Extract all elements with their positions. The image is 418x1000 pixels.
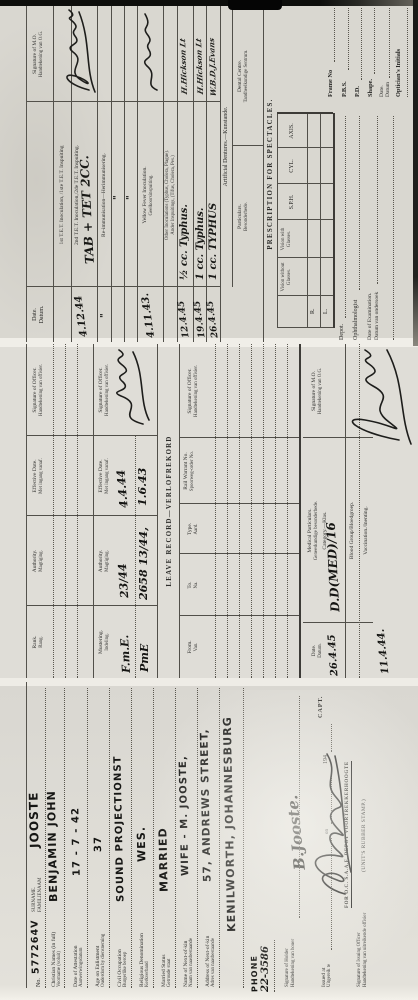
leave-record-heading: LEAVE RECORD—VERLOFREKORD: [166, 344, 174, 678]
field-value: 57, ANDREWS STREET,: [199, 728, 214, 882]
rule: [377, 116, 378, 284]
shape-label: Shape.: [367, 79, 375, 97]
typhus-date: 12.4.45: [177, 300, 192, 339]
exam-label-af: Datum van ondersoek: [374, 292, 381, 340]
rule: [137, 6, 138, 342]
field-label-af: Burgerlike beroep: [123, 952, 129, 987]
yellow-fever-label: Yellow Fever Inoculation.Geelkoorsinspui…: [142, 104, 154, 286]
spec-row-left: L.: [323, 309, 330, 314]
leave-col-rail-warrant: Rail Warrant No.Spoorweg-order No.: [183, 438, 195, 504]
rule: [53, 344, 54, 678]
leave-col-type: Type.Aard.: [187, 504, 199, 554]
surname-value: JOOSTE: [27, 791, 41, 848]
rule: [64, 688, 65, 988]
scan-edge-right: [413, 0, 418, 346]
med-date-entry: 26.4.45: [328, 634, 341, 676]
rule: [65, 344, 66, 678]
rule: [274, 940, 275, 992]
rule: [163, 6, 164, 342]
spec-col-header: Vision with Glasses.: [281, 220, 293, 258]
rule: [277, 327, 333, 328]
dentures-dental-centre-header: Dental Centre.Tandheelkundige Sentrum.: [237, 6, 249, 146]
optician-initials-label: Optician's Initials: [395, 49, 403, 97]
rotated-card-content: No. 577264V SURNAME. FAMILIENAAM JOOSTE …: [0, 0, 418, 1000]
field-label-af: Getroude staat: [167, 959, 173, 987]
mo-signature: [55, 8, 97, 98]
typhus-dose: 1 cc. Typhus.: [196, 208, 207, 280]
scanned-record-card: No. 577264V SURNAME. FAMILIENAAM JOOSTE …: [0, 0, 418, 1000]
rule: [215, 344, 216, 678]
inoculation-card: Date.Datum. Signature of M.O.Handtekenin…: [26, 6, 418, 342]
pd-label: P.D.: [354, 86, 362, 97]
spectacles-heading: PRESCRIPTION FOR SPECTACLES.: [267, 6, 275, 342]
field-label-af: Adres van naasbestaande: [211, 938, 217, 987]
field-value: 37: [93, 836, 104, 852]
authority-entry: 2658 13/44,: [138, 527, 150, 600]
dentures-particulars-header: Particulars.Besonderhede.: [237, 146, 249, 287]
phone-label: PHONE: [251, 955, 261, 992]
authority-col-header: Authority.Magtiging.: [32, 516, 44, 606]
rule: [153, 688, 154, 988]
field-label-af: Naam van naasbestaande: [189, 938, 195, 987]
rule: [111, 6, 112, 342]
rule: [239, 344, 240, 678]
vaccination-date-entry: 11.4.44.: [377, 628, 392, 674]
rule: [53, 6, 54, 342]
sig-holder-label-en: Signature of Holder: [285, 948, 291, 987]
scan-edge-mark: [228, 0, 282, 10]
authority-col-header: Authority.Magtiging.: [98, 516, 110, 606]
leave-col-to: To.Na.: [187, 554, 199, 616]
rule: [277, 112, 333, 114]
rule: [389, 8, 390, 78]
vaccination-label: Vaccination./Inenting.: [363, 438, 370, 623]
rule: [135, 436, 136, 678]
ophthalmologist-label: Ophthalmologist: [353, 300, 360, 340]
rule: [299, 344, 301, 678]
frame-date-label-af: Datum: [385, 82, 392, 97]
exam-label-en: Date of Examination.: [367, 293, 374, 340]
spec-col-header: AXIS.: [289, 114, 296, 148]
sig-holder-label-af: Handtekening van houer: [291, 939, 297, 987]
med-particulars-entry: D.D(MED)/16: [325, 522, 342, 612]
ditto-mark: ": [101, 313, 110, 318]
rule: [374, 8, 375, 74]
rule: [333, 113, 335, 328]
leave-col-from: From.Van.: [187, 616, 199, 678]
mustering-entry: PmE: [139, 644, 151, 672]
rule: [220, 6, 221, 342]
signature-col-header: Signature of Officer.Handtekening van of…: [32, 344, 44, 436]
rule: [263, 344, 264, 678]
field-label-af: Voorname (voluit): [57, 951, 63, 987]
phone-value: 22-3586: [261, 946, 272, 992]
med-signature-header: Signature of M.O.Handtekening van O.G.: [311, 344, 323, 438]
tet2-entry: TAB + TET 2CC.: [78, 155, 96, 264]
mo-signature: [325, 346, 417, 450]
rule: [287, 344, 288, 678]
effective-date-entry: 4.4.44: [115, 469, 130, 508]
rule: [93, 344, 94, 678]
mustering-col-header: Mustering.Indeling.: [98, 606, 110, 678]
dentures-heading: Artificial Dentures.—Kunstande.: [223, 6, 230, 287]
issued-at-label-af: Uitgereik te: [327, 964, 333, 987]
rule: [361, 8, 362, 80]
authority-entry: 23/44: [117, 563, 131, 598]
rule: [277, 183, 333, 184]
scan-edge-top: [0, 0, 418, 6]
typhus-signature: W.B.D.J.Evans: [208, 37, 218, 97]
rule: [334, 8, 335, 62]
tet1-label: 1st T.E.T. Inoculation, /1ste T.E.T. Ins…: [59, 104, 66, 286]
effective-date-col-header: Effective Date.Met ingang vanaf.: [32, 436, 44, 516]
field-label-af: Kerkverband: [145, 961, 151, 987]
field-value: SOUND PROJECTIONST: [112, 755, 126, 902]
field-value-line2: KENILWORTH, JOHANNESBURG: [222, 716, 239, 932]
rule: [124, 6, 125, 342]
rule: [359, 116, 360, 290]
rule: [131, 688, 132, 988]
spec-col-header: Vision without Glasses.: [281, 258, 293, 296]
rule: [87, 688, 88, 988]
rule: [109, 688, 110, 988]
rule: [345, 116, 346, 318]
field-value: MARRIED: [157, 827, 170, 892]
ditto-mark: ": [114, 195, 123, 200]
rule: [219, 688, 220, 988]
spec-row-right: R.: [310, 308, 317, 314]
pbs-label: P.B.S.: [341, 81, 349, 97]
rule: [251, 344, 252, 678]
rule: [348, 8, 349, 70]
rule: [275, 344, 276, 678]
rule: [157, 344, 158, 678]
ditto-mark: ": [127, 195, 136, 200]
rule: [175, 688, 176, 988]
effective-date-col-header: Effective Date.Met ingang vanaf.: [98, 436, 110, 516]
sig-issuing-label-af: Handtekening van uitreikende offisier: [363, 901, 369, 987]
rule: [243, 688, 244, 988]
rule: [77, 344, 78, 678]
yellow-fever-date: 4.11.43.: [141, 292, 158, 338]
rule: [232, 6, 233, 287]
rule: [407, 8, 408, 97]
rank-stamp: CAPT.: [317, 696, 325, 718]
mo-signature: [139, 10, 163, 96]
typhus-signature: H.Hickson Lt: [179, 38, 188, 95]
field-value: BENJAMIN JOHN: [46, 790, 60, 902]
leave-col-signature: Signature of Officer.Handtekening van of…: [187, 344, 199, 438]
rule: [179, 344, 180, 678]
service-record-card: Rank.Rang. Authority.Magtiging. Effectiv…: [26, 344, 418, 678]
field-label-af: Ouderdom by diensneming: [101, 934, 107, 987]
typhus-date: 26.4.45: [206, 300, 221, 339]
typhus-signature: H.Hickson Lt: [195, 38, 204, 95]
spec-col-header: CYL.: [289, 148, 296, 184]
surname-label-af: FAMILIENAAM: [38, 878, 44, 912]
reimm-label: Re-immunisation—Herimmunisering.: [101, 104, 108, 286]
date-col-header: Date.Datum.: [32, 287, 46, 342]
rule: [277, 147, 333, 148]
rule: [393, 116, 394, 340]
rubber-stamp-note: (UNIT'S RUBBER STAMP.): [361, 799, 368, 872]
rule: [263, 6, 264, 342]
other-inoculations-label: Other Inoculations (Typhus, Cholera, Pla…: [165, 104, 177, 286]
mustering-entry: F.m.E.: [119, 635, 133, 674]
personal-particulars-card: No. 577264V SURNAME. FAMILIENAAM JOOSTE …: [26, 682, 418, 988]
sig-issuing-label-en: Signature of Issuing Officer: [357, 932, 363, 987]
typhus-dose: ½ cc. Typhus.: [180, 204, 191, 280]
field-value: 17 - 7 - 42: [70, 807, 82, 876]
surname-label-en: SURNAME.: [32, 887, 38, 912]
rule: [97, 6, 98, 342]
frame-no-label: Frame No: [327, 70, 335, 97]
field-value: WES.: [136, 826, 149, 862]
typhus-dose: 1 cc. TYPHUS: [209, 203, 220, 280]
med-date-header: Date.Datum.: [311, 623, 323, 678]
officer-stamp: FOR O.C. S.A.A.F. DEPOT VOORTREKKERHOOGT…: [345, 761, 352, 908]
field-value: WIFE - M. JOOSTE,: [178, 755, 192, 876]
service-number-value: 577264V: [30, 919, 42, 974]
blood-group-label: Blood Group/Bloedgroep.: [349, 438, 356, 623]
spec-col-header: S.P.H.: [289, 184, 296, 220]
tet2-date: 4.12.44: [74, 295, 90, 338]
no-label: No.: [36, 978, 43, 987]
mo-signature-col-header: Signature of M.O.Handtekening van O.G.: [32, 6, 44, 102]
rule: [227, 344, 228, 678]
effective-date-entry: 1.6.43: [137, 468, 149, 506]
rank-col-header: Rank.Rang.: [32, 606, 44, 678]
field-label-af: Aanwerwingsdatum: [79, 948, 85, 987]
depot-label: Depot.: [339, 324, 346, 340]
officer-signature: [103, 346, 155, 430]
